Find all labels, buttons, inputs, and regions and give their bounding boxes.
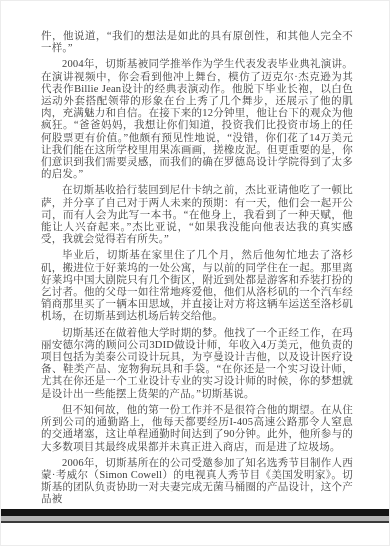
paragraph-continuation: 件，他说道，“我们的想法是如此的具有原创性，和其他人完全不一样。” <box>41 31 353 55</box>
text-column: 件，他说道，“我们的想法是如此的具有原创性，和其他人完全不一样。” 2004年，… <box>41 31 353 511</box>
paragraph-3did-job: 切斯基还在做着他大学时期的梦。他找了一个正经工作，在玛丽安德尔湾的顾问公司3DI… <box>41 328 353 401</box>
page-divider <box>1 509 390 523</box>
paragraph-commute: 但不知何故，他的第一份工作并不是很符合他的期望。在从住所到公司的通勤路上，他每天… <box>41 405 353 454</box>
paragraph-gebbia-pizza: 在切斯基收拾行装回到尼什卡纳之前，杰比亚请他吃了一顿比萨，并分享了自己对于两人未… <box>41 185 353 246</box>
paragraph-move-to-la: 毕业后，切斯基在家里住了几个月，然后他匆忙地去了洛杉矶，搬进位于好莱坞的一处公寓… <box>41 250 353 323</box>
page-divider-top-stripe <box>1 509 390 516</box>
paragraph-graduation-speech: 2004年，切斯基被同学推举作为学生代表发表毕业典礼演讲。在演讲视频中，你会看到… <box>41 59 353 181</box>
document-page: 件，他说道，“我们的想法是如此的具有原创性，和其他人完全不一样。” 2004年，… <box>0 0 390 546</box>
page-divider-bottom-stripe <box>1 521 390 523</box>
paragraph-american-inventor: 2006年，切斯基所在的公司受邀参加了知名选秀节目制作人西蒙·考威尔（Simon… <box>41 458 353 507</box>
